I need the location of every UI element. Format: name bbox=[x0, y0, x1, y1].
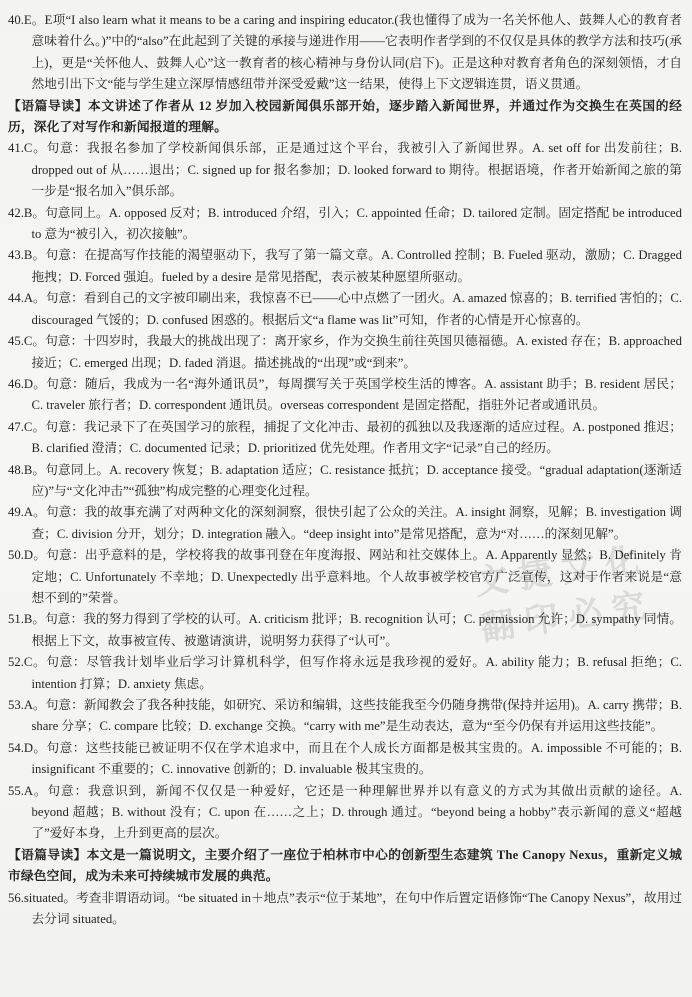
answer-item-48: 48.B。句意同上。A. recovery 恢复；B. adaptation 适… bbox=[8, 460, 682, 503]
answer-item-49: 49.A。句意：我的故事充满了对两种文化的深刻洞察，很快引起了公众的关注。A. … bbox=[8, 502, 682, 545]
answer-item-43: 43.B。句意：在提高写作技能的渴望驱动下，我写了第一篇文章。A. Contro… bbox=[8, 245, 682, 288]
answer-explanations-document: 40.E。E项“I also learn what it means to be… bbox=[8, 10, 682, 930]
answer-item-53: 53.A。句意：新闻教会了我各种技能，如研究、采访和编辑，这些技能我至今仍随身携… bbox=[8, 695, 682, 738]
passage-guide-2: 【语篇导读】本文是一篇说明文，主要介绍了一座位于柏林市中心的创新型生态建筑 Th… bbox=[8, 845, 682, 888]
answer-item-45: 45.C。句意：十四岁时，我最大的挑战出现了：离开家乡，作为交换生前往英国贝德福… bbox=[8, 331, 682, 374]
answer-item-40: 40.E。E项“I also learn what it means to be… bbox=[8, 10, 682, 96]
answer-item-44: 44.A。句意：看到自己的文字被印刷出来，我惊喜不已——心中点燃了一团火。A. … bbox=[8, 288, 682, 331]
answer-item-47: 47.C。句意：我记录下了在英国学习的旅程，捕捉了文化冲击、最初的孤独以及我逐渐… bbox=[8, 417, 682, 460]
answer-item-52: 52.C。句意：尽管我计划毕业后学习计算机科学，但写作将永远是我珍视的爱好。A.… bbox=[8, 652, 682, 695]
answer-item-54: 54.D。句意：这些技能已被证明不仅在学术追求中，而且在个人成长方面都是极其宝贵… bbox=[8, 738, 682, 781]
scanned-answer-key-page: 文捷文化 翻印必究 40.E。E项“I also learn what it m… bbox=[0, 0, 692, 997]
passage-guide-1: 【语篇导读】本文讲述了作者从 12 岁加入校园新闻俱乐部开始，逐步踏入新闻世界，… bbox=[8, 96, 682, 139]
answer-item-42: 42.B。句意同上。A. opposed 反对；B. introduced 介绍… bbox=[8, 203, 682, 246]
answer-item-56: 56.situated。考查非谓语动词。“be situated in＋地点”表… bbox=[8, 888, 682, 931]
answer-item-41: 41.C。句意：我报名参加了学校新闻俱乐部，正是通过这个平台，我被引入了新闻世界… bbox=[8, 138, 682, 202]
answer-item-55: 55.A。句意：我意识到，新闻不仅仅是一种爱好，它还是一种理解世界并以有意义的方… bbox=[8, 781, 682, 845]
answer-item-50: 50.D。句意：出乎意料的是，学校将我的故事刊登在年度海报、网站和社交媒体上。A… bbox=[8, 545, 682, 609]
answer-item-46: 46.D。句意：随后，我成为一名“海外通讯员”，每周撰写关于英国学校生活的博客。… bbox=[8, 374, 682, 417]
answer-item-51: 51.B。句意：我的努力得到了学校的认可。A. criticism 批评；B. … bbox=[8, 609, 682, 652]
